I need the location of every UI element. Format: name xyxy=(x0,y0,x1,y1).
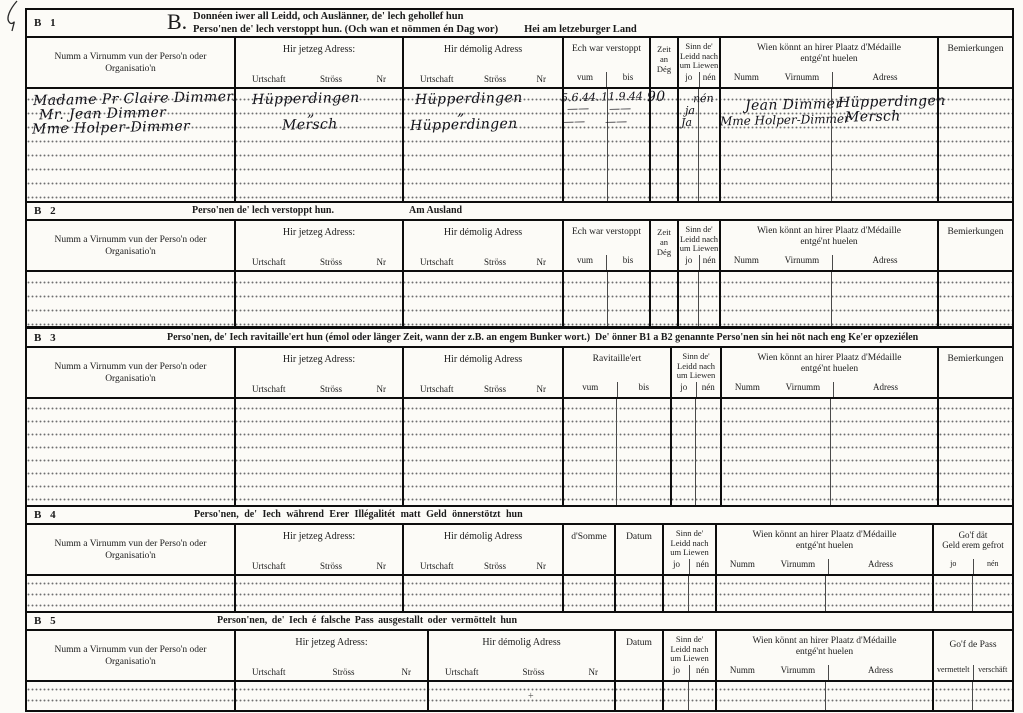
section-b2: B 2 Perso'nen de' lech verstoppt hun. Am… xyxy=(25,201,1014,328)
body-cell xyxy=(677,272,698,326)
body-cell xyxy=(932,576,972,611)
handwritten-zeit-1: 90 xyxy=(647,89,666,105)
col-header-name: Numm a Virnumm vun der Perso'n oder Orga… xyxy=(27,631,234,680)
col-header-name: Numm a Virnumm vun der Perso'n oder Orga… xyxy=(27,38,234,87)
body-cell xyxy=(662,576,688,611)
col-header-sinn: Sinn de'Leidd nachum Liewen jonén xyxy=(677,221,719,270)
body-cell xyxy=(937,89,1012,201)
body-cell xyxy=(937,272,1012,326)
body-cell xyxy=(830,399,937,505)
col-header-demolig-adress: Hir démolig Adress UrtschaftStrössNr xyxy=(402,38,562,87)
handwritten-medaille-name-2: Mme Holper-Dimmer xyxy=(720,112,850,129)
body-cell xyxy=(402,576,562,611)
col-header-name: Numm a Virnumm vun der Perso'n oder Orga… xyxy=(27,221,234,270)
col-header-bemierkungen: Bemierkungen xyxy=(937,348,1012,397)
b5-label: B 5 xyxy=(34,615,59,627)
col-header-medaille: Wien könnt an hirer Plaatz d'Médailleent… xyxy=(715,631,932,680)
col-header-name: Numm a Virnumm vun der Perso'n oder Orga… xyxy=(27,525,234,574)
body-cell xyxy=(831,272,937,326)
handwritten-demolig-1: Hüpperdingen xyxy=(415,90,523,108)
body-cell xyxy=(427,682,614,710)
b1-title-line2: Perso'nen de' lech verstoppt hun. (Och w… xyxy=(193,24,498,35)
handwritten-medaille-adress-2: Mersch xyxy=(845,108,901,125)
b1-big-letter: B. xyxy=(167,10,187,34)
col-header-gof-de-pass: Go'f de Pass vermetteltverschäft xyxy=(932,631,1012,680)
body-cell xyxy=(720,399,830,505)
b3-label: B 3 xyxy=(34,332,59,344)
handwritten-jo-3: Ja xyxy=(681,116,692,129)
body-cell xyxy=(614,682,662,710)
col-header-medaille: Wien könnt an hirer Plaatz d'Médailleent… xyxy=(719,221,937,270)
section-b1: B 1 B. Donnéen iwer all Leidd, och Auslä… xyxy=(25,8,1014,203)
b1-titlebar: B 1 B. Donnéen iwer all Leidd, och Auslä… xyxy=(27,10,1012,38)
body-cell xyxy=(607,272,649,326)
body-cell xyxy=(698,89,719,201)
body-cell xyxy=(688,682,715,710)
b1-title-right: Hei am letzeburger Land xyxy=(524,24,637,35)
pen-stroke-icon xyxy=(0,0,28,36)
handwritten-jetzeg-3: Mersch xyxy=(282,116,338,133)
col-header-datum: Datum xyxy=(614,631,662,680)
col-header-geld-gefrot: Go'f dätGeld erem gefrot jonén xyxy=(932,525,1012,574)
handwritten-bis-2: —— xyxy=(609,102,631,115)
col-header-zeit-an-deg: ZeitanDég xyxy=(649,221,677,270)
body-cell xyxy=(234,272,402,326)
b1-title-line1: Donnéen iwer all Leidd, och Auslänner, d… xyxy=(193,11,637,24)
scanned-form-page: B 1 B. Donnéen iwer all Leidd, och Auslä… xyxy=(0,0,1023,713)
b1-label: B 1 xyxy=(34,17,59,29)
body-cell xyxy=(27,682,234,710)
col-header-demolig-adress: Hir démolig Adress UrtschaftStrössNr xyxy=(402,221,562,270)
body-cell xyxy=(670,399,695,505)
body-cell xyxy=(234,682,427,710)
b4-titlebar: B 4 Perso'nen, de' Iech während Erer Ill… xyxy=(27,507,1012,525)
b2-title: Perso'nen de' lech verstoppt hun. xyxy=(192,205,334,216)
body-cell xyxy=(695,399,720,505)
col-header-zeit-an-deg: ZeitanDég xyxy=(649,38,677,87)
col-header-sinn: Sinn de'Leidd nachum Liewen jonén xyxy=(662,525,715,574)
stray-pen-tick: + xyxy=(528,691,534,702)
body-cell xyxy=(972,682,1012,710)
col-header-demolig-adress: Hir démolig Adress UrtschaftStrössNr xyxy=(402,348,562,397)
col-header-verstoppt: Ech war verstoppt vumbis xyxy=(562,38,649,87)
b2-titlebar: B 2 Perso'nen de' lech verstoppt hun. Am… xyxy=(27,203,1012,221)
body-cell xyxy=(715,682,825,710)
body-cell xyxy=(402,399,562,505)
body-cell xyxy=(616,399,670,505)
col-header-medaille: Wien könnt an hirer Plaatz d'Médailleent… xyxy=(720,348,937,397)
body-cell xyxy=(715,576,825,611)
col-header-sinn: Sinn de'Leidd nachum Liewen jonén xyxy=(677,38,719,87)
body-cell xyxy=(402,272,562,326)
col-header-datum: Datum xyxy=(614,525,662,574)
col-header-bemierkungen: Bemierkungen xyxy=(937,221,1012,270)
col-header-demolig-adress: Hir démolig Adress UrtschaftStrössNr xyxy=(402,525,562,574)
body-cell xyxy=(234,399,402,505)
b4-label: B 4 xyxy=(34,509,59,521)
col-header-bemierkungen: Bemierkungen xyxy=(937,38,1012,87)
b3-title-2: De' önner B1 a B2 genannte Perso'nen sin… xyxy=(595,332,918,343)
handwritten-vum-3: —— xyxy=(563,115,585,128)
col-header-verstoppt: Ech war verstoppt vumbis xyxy=(562,221,649,270)
col-header-jetzeg-adress: Hir jetzeg Adress: UrtschaftStrössNr xyxy=(234,631,427,680)
body-cell xyxy=(972,576,1012,611)
handwritten-vum-2: —— xyxy=(567,102,589,115)
b2-label: B 2 xyxy=(34,205,59,217)
col-header-jetzeg-adress: Hir jetzeg Adress: UrtschaftStrössNr xyxy=(234,221,402,270)
col-header-name: Numm a Virnumm vun der Perso'n oder Orga… xyxy=(27,348,234,397)
col-header-jetzeg-adress: Hir jetzeg Adress: UrtschaftStrössNr xyxy=(234,38,402,87)
body-cell xyxy=(825,576,932,611)
b5-titlebar: B 5 Person'nen, de' Iech é falsche Pass … xyxy=(27,613,1012,631)
b2-title-right: Am Ausland xyxy=(409,205,462,216)
body-cell xyxy=(688,576,715,611)
body-cell xyxy=(614,576,662,611)
section-b4: B 4 Perso'nen, de' Iech während Erer Ill… xyxy=(25,505,1014,613)
b4-title: Perso'nen, de' Iech während Erer Illégal… xyxy=(194,509,523,520)
body-cell xyxy=(27,399,234,505)
handwritten-name-3: Mme Holper-Dimmer xyxy=(32,118,190,137)
body-cell xyxy=(649,89,677,201)
col-header-sinn: Sinn de'Leidd nachum Liewen jonén xyxy=(670,348,720,397)
col-header-jetzeg-adress: Hir jetzeg Adress: UrtschaftStrössNr xyxy=(234,525,402,574)
body-cell xyxy=(27,272,234,326)
body-cell xyxy=(825,682,932,710)
col-header-somme: d'Somme xyxy=(562,525,614,574)
handwritten-nen-1: nén xyxy=(693,92,714,105)
col-header-medaille: Wien könnt an hirer Plaatz d'Médailleent… xyxy=(715,525,932,574)
section-b5: B 5 Person'nen, de' Iech é falsche Pass … xyxy=(25,611,1014,712)
body-cell xyxy=(562,272,607,326)
b3-title: Perso'nen, de' Iech ravitaille'ert hun (… xyxy=(167,332,590,343)
handwritten-demolig-3: Hüpperdingen xyxy=(410,116,518,134)
col-header-sinn: Sinn de'Leidd nachum Liewen jonén xyxy=(662,631,715,680)
body-cell xyxy=(649,272,677,326)
body-cell xyxy=(562,576,614,611)
col-header-jetzeg-adress: Hir jetzeg Adress: UrtschaftStrössNr xyxy=(234,348,402,397)
body-cell xyxy=(937,399,1012,505)
section-b3: B 3 Perso'nen, de' Iech ravitaille'ert h… xyxy=(25,327,1014,507)
body-cell xyxy=(234,576,402,611)
b5-title: Person'nen, de' Iech é falsche Pass ausg… xyxy=(217,615,517,626)
col-header-ravitailleert: Ravitaille'ert vumbis xyxy=(562,348,670,397)
body-cell xyxy=(662,682,688,710)
body-cell xyxy=(27,576,234,611)
handwritten-jetzeg-1: Hüpperdingen xyxy=(252,90,360,108)
col-header-medaille: Wien könnt an hirer Plaatz d'Médailleent… xyxy=(719,38,937,87)
b3-titlebar: B 3 Perso'nen, de' Iech ravitaille'ert h… xyxy=(27,329,1012,348)
body-cell xyxy=(932,682,972,710)
body-cell xyxy=(562,399,616,505)
handwritten-bis-3: —— xyxy=(605,115,627,128)
col-header-demolig-adress: Hir démolig Adress UrtschaftStrössNr xyxy=(427,631,614,680)
body-cell xyxy=(719,272,831,326)
body-cell xyxy=(698,272,719,326)
